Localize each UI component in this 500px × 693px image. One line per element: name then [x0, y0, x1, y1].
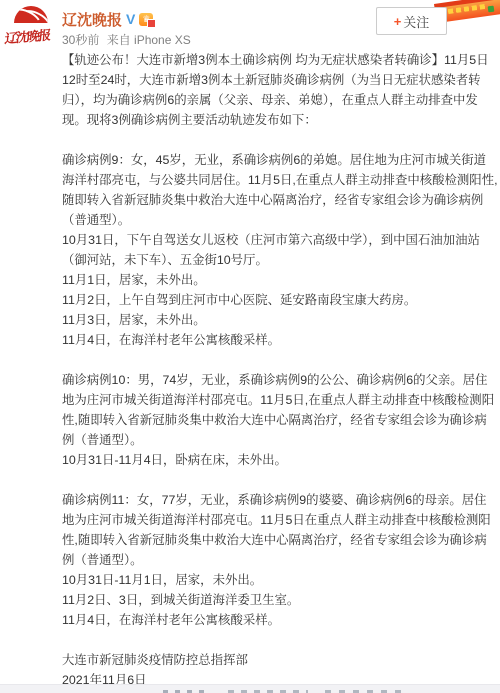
- post-line: 【轨迹公布！大连市新增3例本土确诊病例 均为无症状感染者转确诊】11月5日12时…: [62, 50, 498, 130]
- post-line: 确诊病例10：男，74岁，无业，系确诊病例9的公公、确诊病例6的父亲。居住地为庄…: [62, 370, 498, 450]
- post-paragraph: 确诊病例9：女，45岁，无业，系确诊病例6的弟媳。居住地为庄河市城关街道海洋村邵…: [62, 150, 498, 350]
- post-meta: 30秒前 来自 iPhone XS: [62, 31, 191, 48]
- newspaper-logo-sun-icon: [14, 6, 48, 23]
- author-name[interactable]: 辽沈晚报: [62, 9, 122, 30]
- post-line: 确诊病例9：女，45岁，无业，系确诊病例6的弟媳。居住地为庄河市城关街道海洋村邵…: [62, 150, 498, 230]
- post-text: 【轨迹公布！大连市新增3例本土确诊病例 均为无症状感染者转确诊】11月5日12时…: [62, 50, 498, 690]
- post-line: 10月31日，下午自驾送女儿返校（庄河市第六高级中学），到中国石油加油站（御河站…: [62, 230, 498, 270]
- post-line: 11月2日，上午自驾到庄河市中心医院、延安路南段宝康大药房。: [62, 290, 498, 310]
- author-row: 辽沈晚报 V ♛: [62, 10, 153, 28]
- post-line: 大连市新冠肺炎疫情防控总指挥部: [62, 650, 498, 670]
- follow-button[interactable]: + 关注: [376, 7, 447, 35]
- post-source: 来自 iPhone XS: [107, 33, 191, 47]
- verified-badge-icon: V: [126, 12, 135, 26]
- post-timestamp[interactable]: 30秒前: [62, 33, 99, 47]
- vip-level-corner-icon: [147, 19, 156, 28]
- post-line: 确诊病例11：女，77岁，无业，系确诊病例9的婆婆、确诊病例6的母亲。居住地为庄…: [62, 490, 498, 570]
- ribbon-green-mark-icon: [488, 6, 495, 13]
- post-line: 11月4日，在海洋村老年公寓核酸采样。: [62, 330, 498, 350]
- post-paragraph: 【轨迹公布！大连市新增3例本土确诊病例 均为无症状感染者转确诊】11月5日12时…: [62, 50, 498, 130]
- plus-icon: +: [394, 14, 402, 29]
- truncated-action-bar[interactable]: [0, 684, 500, 693]
- post-line: 10月31日-11月1日，居家，未外出。: [62, 570, 498, 590]
- vip-badge-icon: ♛: [139, 13, 153, 26]
- post-line: 11月2日、3日，到城关街道海洋委卫生室。: [62, 590, 498, 610]
- post-line: 11月4日，在海洋村老年公寓核酸采样。: [62, 610, 498, 630]
- weibo-post-card: 辽沈晚报 辽沈晚报 V ♛ 30秒前 来自 iPhone XS + 关注 【轨迹…: [0, 0, 500, 693]
- post-paragraph: 确诊病例10：男，74岁，无业，系确诊病例9的公公、确诊病例6的父亲。居住地为庄…: [62, 370, 498, 470]
- avatar-logo-text: 辽沈晚报: [4, 24, 58, 47]
- post-line: 10月31日-11月4日，卧病在床，未外出。: [62, 450, 498, 470]
- follow-button-label: 关注: [403, 12, 429, 31]
- avatar[interactable]: 辽沈晚报: [5, 5, 55, 55]
- post-line: 11月3日，居家，未外出。: [62, 310, 498, 330]
- post-line: 11月1日，居家，未外出。: [62, 270, 498, 290]
- post-paragraph: 确诊病例11：女，77岁，无业，系确诊病例9的婆婆、确诊病例6的母亲。居住地为庄…: [62, 490, 498, 630]
